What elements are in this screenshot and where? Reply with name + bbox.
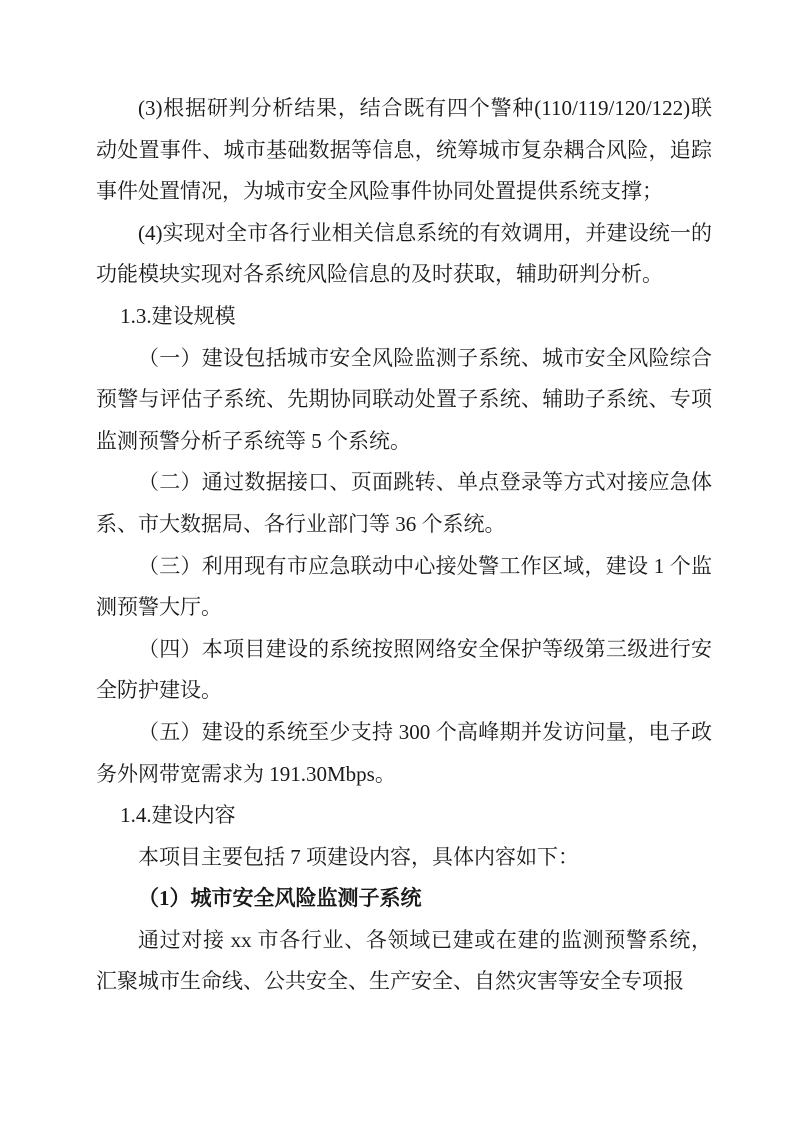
- paragraph-item-si-security-level: （四）本项目建设的系统按照网络安全保护等级第三级进行安全防护建设。: [96, 629, 712, 712]
- paragraph-item-4: (4)实现对全市各行业相关信息系统的有效调用，并建设统一的功能模块实现对各系统风…: [96, 213, 712, 296]
- paragraph-subsystem-description: 通过对接 xx 市各行业、各领域已建或在建的监测预警系统，汇聚城市生命线、公共安…: [96, 920, 712, 1003]
- paragraph-item-yi-five-subsystems: （一）建设包括城市安全风险监测子系统、城市安全风险综合预警与评估子系统、先期协同…: [96, 338, 712, 463]
- paragraph-item-3: (3)根据研判分析结果，结合既有四个警种(110/119/120/122)联动处…: [96, 88, 712, 213]
- document-page: (3)根据研判分析结果，结合既有四个警种(110/119/120/122)联动处…: [0, 0, 793, 1122]
- paragraph-item-san-monitoring-hall: （三）利用现有市应急联动中心接处警工作区域，建设 1 个监测预警大厅。: [96, 546, 712, 629]
- paragraph-intro-7-items: 本项目主要包括 7 项建设内容，具体内容如下：: [96, 837, 712, 879]
- subheading-1-city-safety-risk-monitoring-subsystem: （1）城市安全风险监测子系统: [96, 878, 712, 920]
- paragraph-item-er-36-systems: （二）通过数据接口、页面跳转、单点登录等方式对接应急体系、市大数据局、各行业部门…: [96, 462, 712, 545]
- document-content: (3)根据研判分析结果，结合既有四个警种(110/119/120/122)联动处…: [96, 88, 712, 1003]
- heading-1-3-construction-scale: 1.3.建设规模: [96, 296, 712, 338]
- heading-1-4-construction-content: 1.4.建设内容: [96, 795, 712, 837]
- paragraph-item-wu-bandwidth: （五）建设的系统至少支持 300 个高峰期并发访问量，电子政务外网带宽需求为 1…: [96, 712, 712, 795]
